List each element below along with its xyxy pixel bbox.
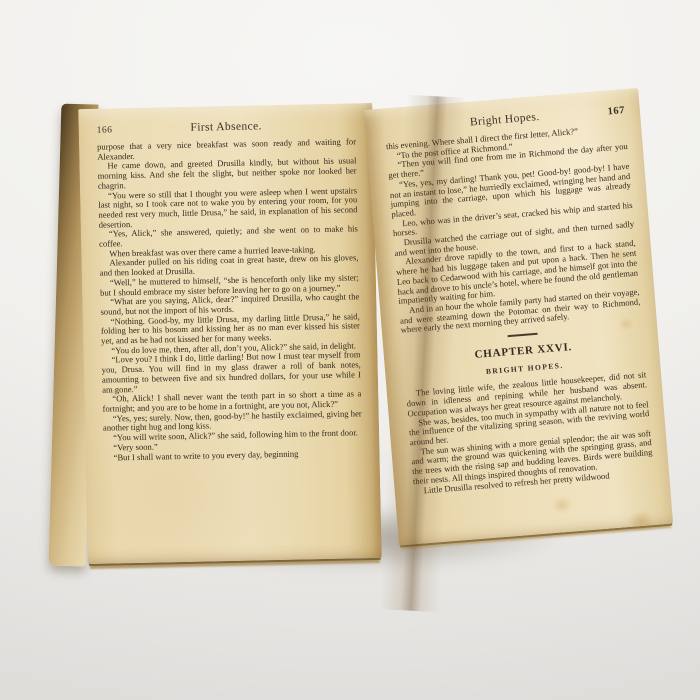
running-head-left: 166 First Absence.: [97, 118, 356, 135]
running-head-spacer: [385, 130, 421, 133]
book-page-left: 166 First Absence. purpose that a very n…: [78, 103, 381, 564]
paragraph: “Love you? I think I do, little darling!…: [101, 351, 361, 395]
paragraph: “You were so still that I thought you we…: [98, 186, 358, 230]
page-number-left: 166: [97, 125, 133, 136]
running-head-spacer: [320, 127, 356, 128]
book-page-right: Bright Hopes. 167 this evening. Where sh…: [364, 88, 673, 546]
photo-scene: 166 First Absence. purpose that a very n…: [0, 0, 700, 700]
section-divider: [507, 333, 537, 337]
page-number-right: 167: [589, 105, 626, 119]
running-title-left: First Absence.: [133, 119, 320, 135]
page-text-left: purpose that a very nice breakfast was s…: [97, 137, 363, 463]
open-book: 166 First Absence. purpose that a very n…: [55, 80, 680, 585]
page-text-right: this evening. Where shall I direct the f…: [386, 123, 655, 496]
